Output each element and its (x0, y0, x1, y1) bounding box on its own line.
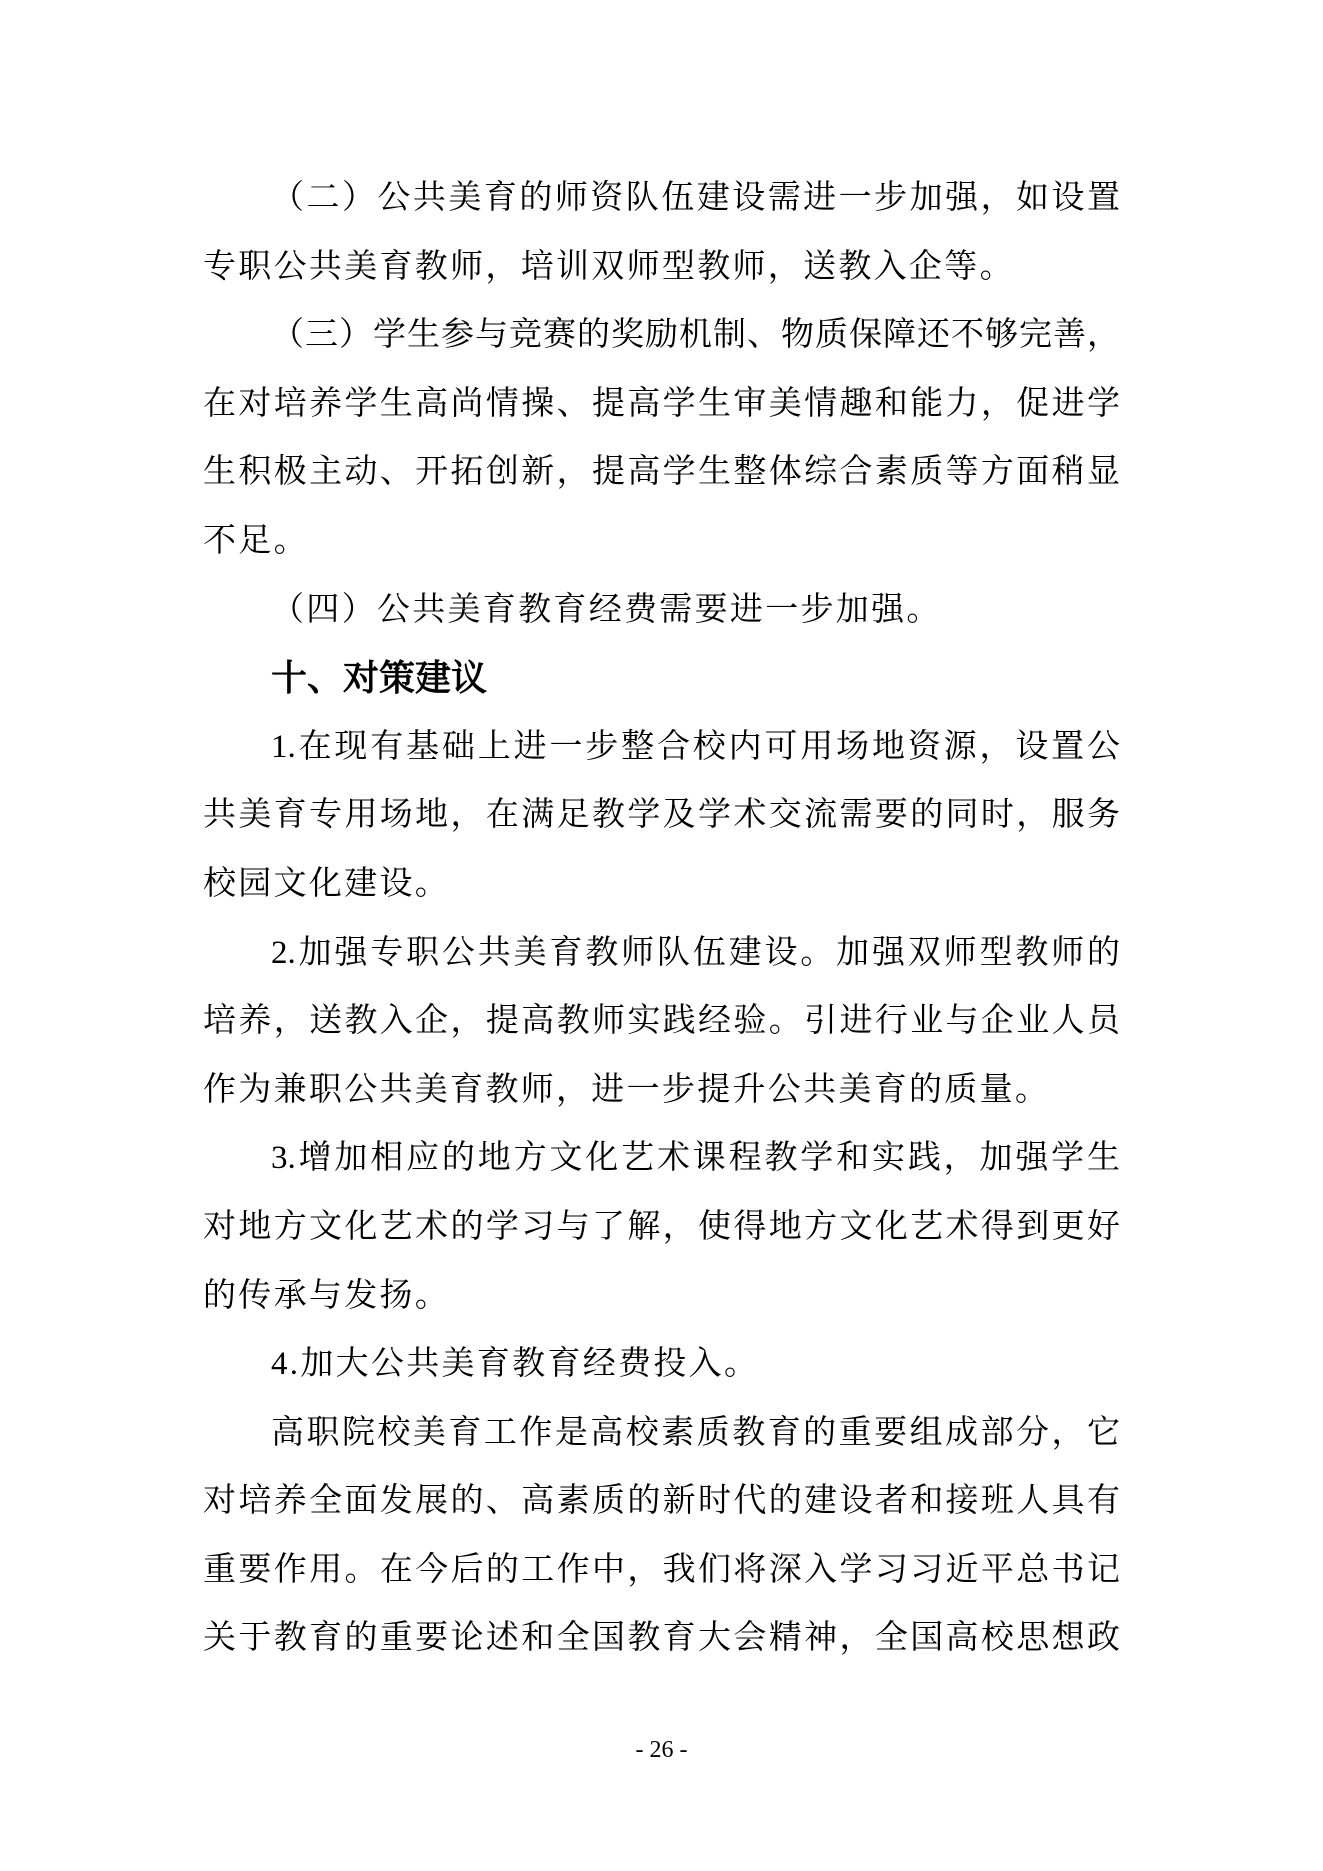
paragraph-line: 3.增加相应的地方文化艺术课程教学和实践，加强学生 (203, 1124, 1120, 1193)
paragraph-line: 的传承与发扬。 (203, 1262, 1120, 1331)
document-page: （二）公共美育的师资队伍建设需进一步加强，如设置 专职公共美育教师，培训双师型教… (0, 0, 1323, 1871)
paragraph-line: 1.在现有基础上进一步整合校内可用场地资源，设置公 (203, 713, 1120, 782)
paragraph-line: 不足。 (203, 507, 1120, 576)
paragraph-line: 高职院校美育工作是高校素质教育的重要组成部分，它 (203, 1399, 1120, 1468)
paragraph-line: 关于教育的重要论述和全国教育大会精神，全国高校思想政 (203, 1604, 1120, 1673)
page-number: - 26 - (0, 1734, 1323, 1766)
paragraph-line: 校园文化建设。 (203, 850, 1120, 919)
paragraph-line: 对地方文化艺术的学习与了解，使得地方文化艺术得到更好 (203, 1193, 1120, 1262)
paragraph-line: 专职公共美育教师，培训双师型教师，送教入企等。 (203, 233, 1120, 302)
page-body: （二）公共美育的师资队伍建设需进一步加强，如设置 专职公共美育教师，培训双师型教… (203, 164, 1120, 1673)
paragraph-line: （二）公共美育的师资队伍建设需进一步加强，如设置 (203, 164, 1120, 233)
paragraph-line: 重要作用。在今后的工作中，我们将深入学习习近平总书记 (203, 1536, 1120, 1605)
paragraph-line: （四）公共美育教育经费需要进一步加强。 (203, 576, 1120, 645)
paragraph-line: 在对培养学生高尚情操、提高学生审美情趣和能力，促进学 (203, 370, 1120, 439)
paragraph-line: 共美育专用场地，在满足教学及学术交流需要的同时，服务 (203, 781, 1120, 850)
section-heading: 十、对策建议 (203, 644, 1120, 713)
paragraph-line: 4.加大公共美育教育经费投入。 (203, 1330, 1120, 1399)
paragraph-line: 生积极主动、开拓创新，提高学生整体综合素质等方面稍显 (203, 438, 1120, 507)
paragraph-line: （三）学生参与竞赛的奖励机制、物质保障还不够完善， (203, 301, 1120, 370)
paragraph-line: 对培养全面发展的、高素质的新时代的建设者和接班人具有 (203, 1467, 1120, 1536)
paragraph-line: 培养，送教入企，提高教师实践经验。引进行业与企业人员 (203, 987, 1120, 1056)
paragraph-line: 2.加强专职公共美育教师队伍建设。加强双师型教师的 (203, 919, 1120, 988)
paragraph-line: 作为兼职公共美育教师，进一步提升公共美育的质量。 (203, 1056, 1120, 1125)
